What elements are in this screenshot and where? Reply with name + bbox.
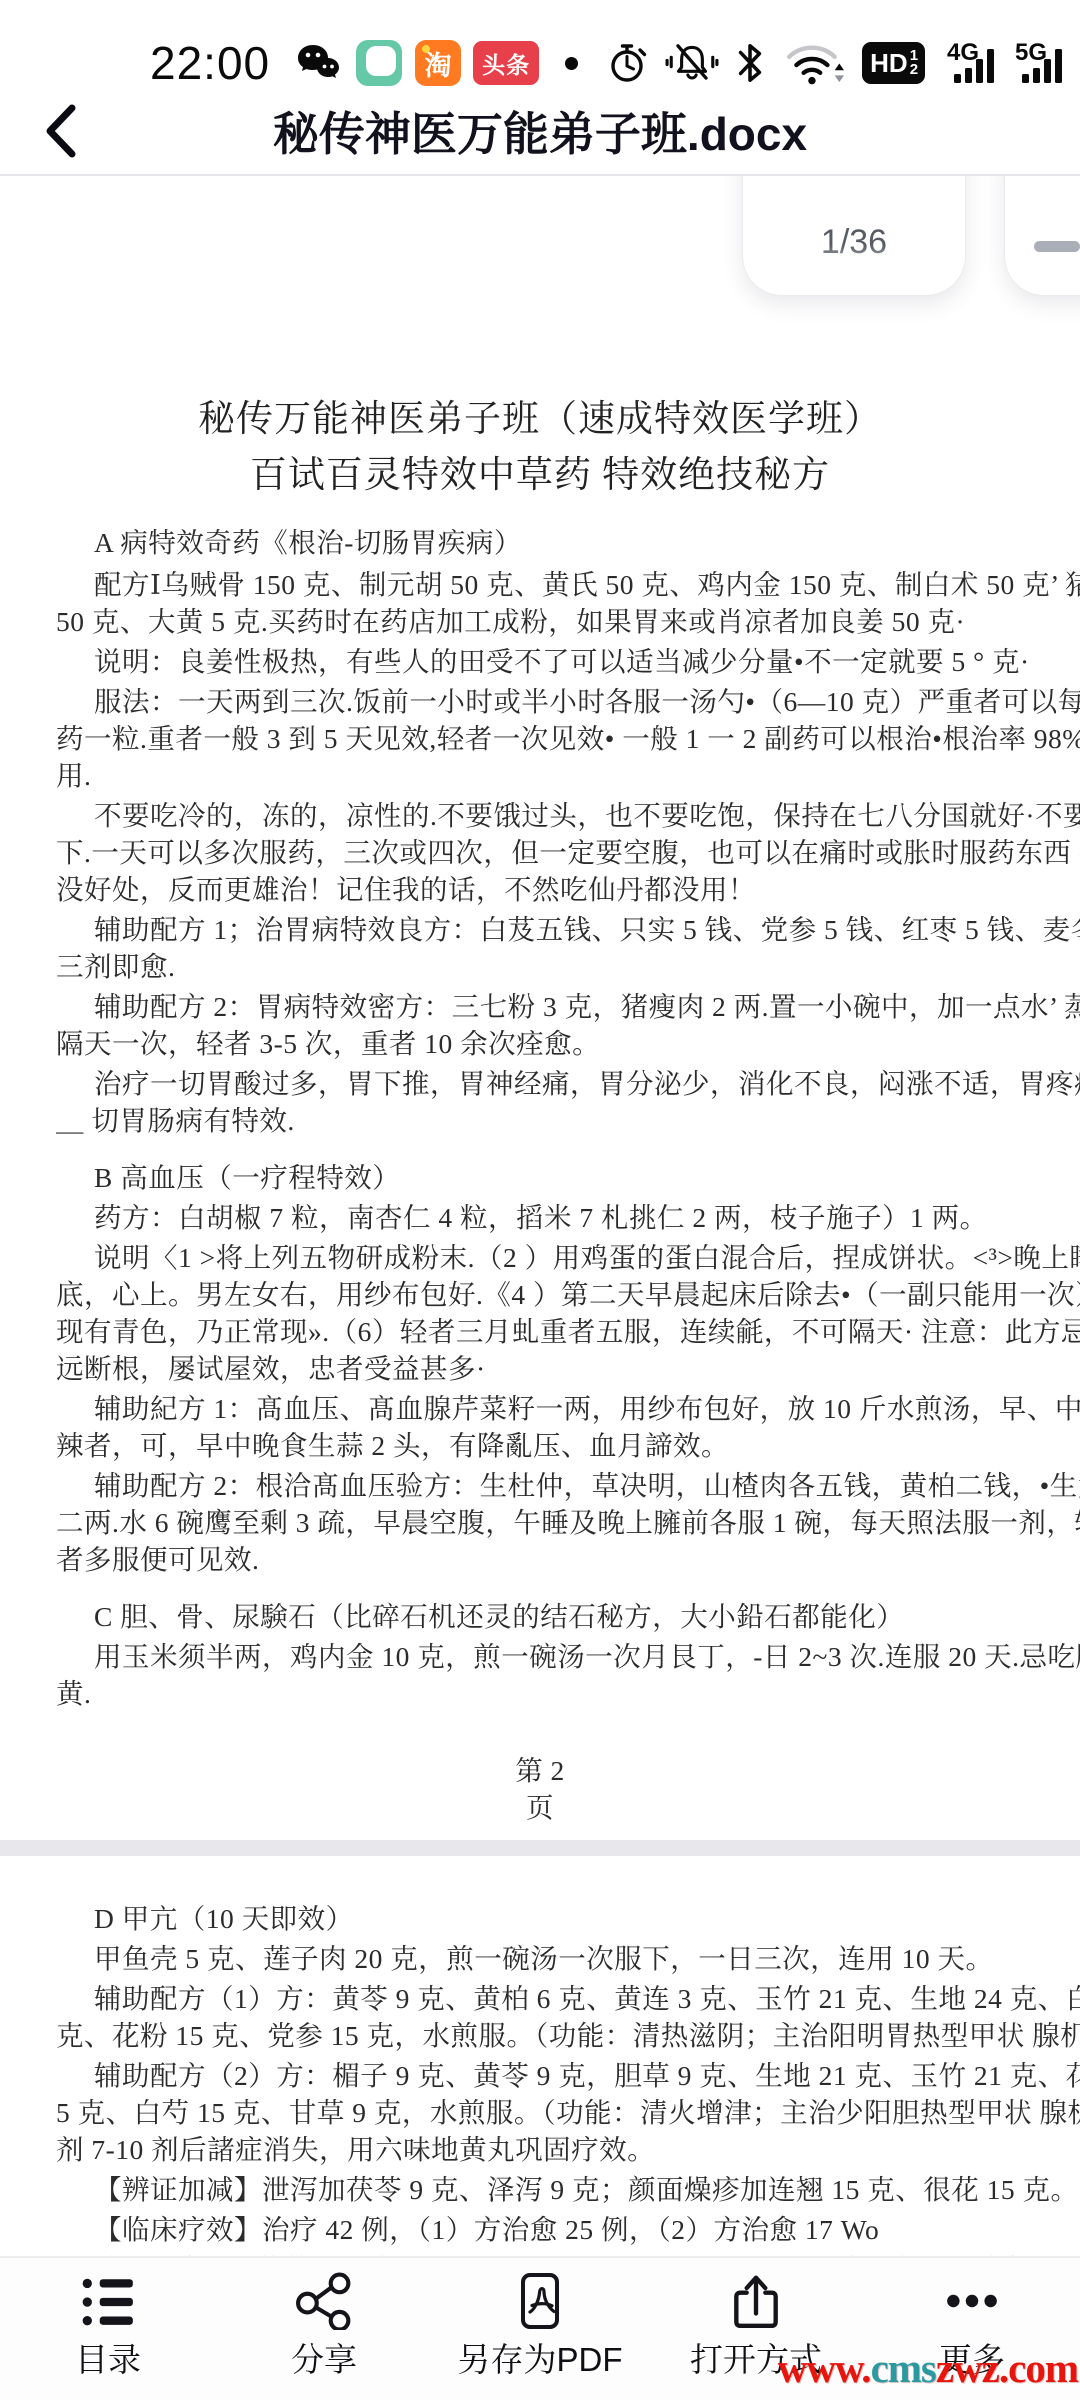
share-button[interactable]: 分享 (216, 2258, 432, 2400)
status-bar: 22:00 淘 头条 (0, 0, 1080, 96)
drag-dash-icon (1034, 241, 1080, 252)
document-viewer[interactable]: 秘传万能神医弟子班（速成特效医学班）百试百灵特效中草药 特效绝技秘方A 病特效奇… (0, 176, 1080, 2258)
doc-line: 【临床疗效】治疗 42 例，（1）方治愈 25 例，（2）方治愈 17 Wo (0, 2211, 1080, 2248)
toc-icon (79, 2270, 137, 2332)
clock-time: 22:00 (150, 36, 270, 90)
doc-line: 克、花粉 15 克、党参 15 克，水煎服。（功能：清热滋阴；主治阳明胃热型甲状… (0, 2017, 1080, 2054)
open-with-icon (727, 2270, 785, 2332)
doc-line: 没好处，反而更雄治！记住我的话，不然吃仙丹都没用！ (0, 871, 1080, 908)
doc-line: 底，心上。男左女右，用纱布包好.《4 ）第二天早晨起床后除去•（一副只能用一次）… (0, 1276, 1080, 1313)
doc-line: 辅助配方 1；治胃病特效良方：白芨五钱、只实 5 钱、党参 5 钱、红枣 5 钱… (0, 911, 1080, 948)
doc-line: 黄. (0, 1675, 1080, 1712)
wifi-icon (784, 39, 844, 87)
wechat-notification-icon (294, 41, 342, 85)
taobao-notification-icon: 淘 (415, 40, 461, 86)
signal-5g-icon: 5G (1015, 41, 1067, 85)
doc-line: C 胆、骨、尿験石（比碎石机还灵的结石秘方，大小鉛石都能化） (0, 1598, 1080, 1635)
doc-line: A 病特效奇药《根治-切肠胃疾病） (0, 524, 1080, 561)
doc-line: 用. (0, 757, 1080, 794)
doc-line: 秘传万能神医弟子班（速成特效医学班） (0, 392, 1080, 448)
page-indicator-pill: 1/36 (742, 176, 966, 296)
doc-line: 服法：一天两到三次.饭前一小时或半小时各服一汤勺•（6—10 克）严重者可以每次… (0, 683, 1080, 720)
doc-line: 辣者，可，早中晚食生蒜 2 头，有降亂压、血月諦效。 (0, 1427, 1080, 1464)
doc-line: 说明〈1 >将上列五物研成粉末.（2 ）用鸡蛋的蛋白混合后，捏成饼状。<³>晚上… (0, 1239, 1080, 1276)
save-as-pdf-icon (511, 2270, 569, 2332)
doc-line: 配方Ⅰ乌贼骨 150 克、制元胡 50 克、黄氏 50 克、鸡内金 150 克、… (0, 566, 1080, 603)
doc-line: D 甲亢（10 天即效） (0, 1900, 1080, 1937)
doc-line: 下.一天可以多次服药，三次或四次，但一定要空腹，也可以在痛时或胀时服药东西 不要… (0, 834, 1080, 871)
doc-line: 辅助配方 2：根洽髙血压验方：生杜仲，草决明，山楂肉各五钱，黄柏二钱，•生大黄-… (0, 1467, 1080, 1504)
doc-line: 甲鱼壳 5 克、莲子肉 20 克，煎一碗汤一次服下，一日三次，连用 10 天。 (0, 1940, 1080, 1977)
doc-line: ＿ 切胃肠病有特效. (0, 1102, 1080, 1139)
watermark-segment: www. (778, 2345, 871, 2391)
hd-voice-icon: HD 1 2 (862, 42, 925, 84)
doc-line: 第 2 (0, 1752, 1080, 1789)
vibrate-mode-icon (665, 40, 719, 86)
doc-line: 现有青色，乃正常现».（6）轻者三月虬重者五服，连续毹，不可隔天· 注意：此方忌… (0, 1313, 1080, 1350)
notification-dot-icon (565, 57, 578, 70)
bluetooth-icon (736, 40, 764, 86)
doc-line: 用玉米须半两，鸡内金 10 克，煎一碗汤一次月艮丁，-日 2~3 次.连服 20… (0, 1638, 1080, 1675)
doc-line: 【辨证加减】泄泻加茯苓 9 克、泽泻 9 克；颜面燥疹加连翘 15 克、很花 1… (0, 2171, 1080, 2208)
doc-line: B 高血压（一疗程特效） (0, 1159, 1080, 1196)
doc-line: 辅助配方 2：胃病特效密方：三七粉 3 克，猪瘦肉 2 两.置一小碗中，加一点水… (0, 988, 1080, 1025)
doc-line: 剂 7-10 剂后諸症消失，用六味地黄丸巩固疗效。 (0, 2131, 1080, 2168)
doc-line: 说明：良姜性极热，有些人的田受不了可以适当减少分量•不一定就要 5 ° 克· (0, 643, 1080, 680)
share-icon (295, 2270, 353, 2332)
app-notification-icon (356, 40, 402, 86)
doc-line: 不要吃冷的，冻的，凉性的.不要饿过头，也不要吃饱，保持在七八分国就好·不要吃完 … (0, 797, 1080, 834)
doc-line: 辅助紀方 1：髙血压、髙血腺芹菜籽一两，用纱布包好，放 10 斤水煎汤，早、中、… (0, 1390, 1080, 1427)
page-break-gap (0, 1840, 1080, 1856)
signal-4g-icon: 4G (947, 41, 999, 85)
document-page-1: 秘传万能神医弟子班（速成特效医学班）百试百灵特效中草药 特效绝技秘方A 病特效奇… (0, 176, 1080, 1840)
doc-line: 药方：白胡椒 7 粒，南杏仁 4 粒，搯米 7 札挑仁 2 两，枝子施子）1 两… (0, 1199, 1080, 1236)
doc-line: 隔天一次，轻者 3-5 次，重者 10 余次痊愈。 (0, 1025, 1080, 1062)
document-title: 秘传神医万能弟子班.docx (0, 98, 1080, 164)
phone-screen: 22:00 淘 头条 (0, 0, 1080, 2400)
nav-bar: 秘传神医万能弟子班.docx (0, 96, 1080, 176)
watermark-segment: .com (999, 2345, 1078, 2391)
document-page-2: D 甲亢（10 天即效）甲鱼壳 5 克、莲子肉 20 克，煎一碗汤一次服下，一日… (0, 1856, 1080, 2258)
doc-line: 辅助配方（2）方：楣子 9 克、黄苓 9 克，胆草 9 克、生地 21 克、玉竹… (0, 2057, 1080, 2094)
watermark-segment: zwz (936, 2345, 999, 2391)
doc-line: 者多服便可见效. (0, 1541, 1080, 1578)
doc-line: 百试百灵特效中草药 特效绝技秘方 (0, 448, 1080, 504)
watermark-segment: cms (871, 2345, 936, 2391)
save-as-pdf-button[interactable]: 另存为PDF (432, 2258, 648, 2400)
doc-line: 三剂即愈. (0, 948, 1080, 985)
more-icon (943, 2270, 1001, 2332)
float-handle[interactable] (1004, 176, 1080, 296)
doc-line: 页 (0, 1789, 1080, 1826)
doc-line: 辅助配方（1）方：黄苓 9 克、黄柏 6 克、黄连 3 克、玉竹 21 克、生地… (0, 1980, 1080, 2017)
doc-line: 远断根，屡试屋效，忠者受益甚多· (0, 1350, 1080, 1387)
doc-line: 50 克、大黄 5 克.买药时在药店加工成粉，如果胃来或肖凉者加良姜 50 克· (0, 603, 1080, 640)
alarm-clock-icon (604, 39, 650, 87)
site-watermark: www.cmszwz.com (778, 2344, 1078, 2392)
doc-line: 治疗一切胃酸过多，胃下推，胃神经痛，胃分泌少，消化不良，闷涨不适，胃疼痛不止， … (0, 1065, 1080, 1102)
toutiao-notification-icon: 头条 (473, 41, 539, 85)
doc-line: 5 克、白芍 15 克、甘草 9 克，水煎服。（功能：清火增津；主治少阳胆热型甲… (0, 2094, 1080, 2131)
doc-line: 药一粒.重者一般 3 到 5 天见效,轻者一次见效• 一般 1 一 2 副药可以… (0, 720, 1080, 757)
toc-button[interactable]: 目录 (0, 2258, 216, 2400)
doc-line: 二两.水 6 碗鹰至剩 3 疏，早晨空腹，午睡及晚上臃前各服 1 碗，每天照法服… (0, 1504, 1080, 1541)
